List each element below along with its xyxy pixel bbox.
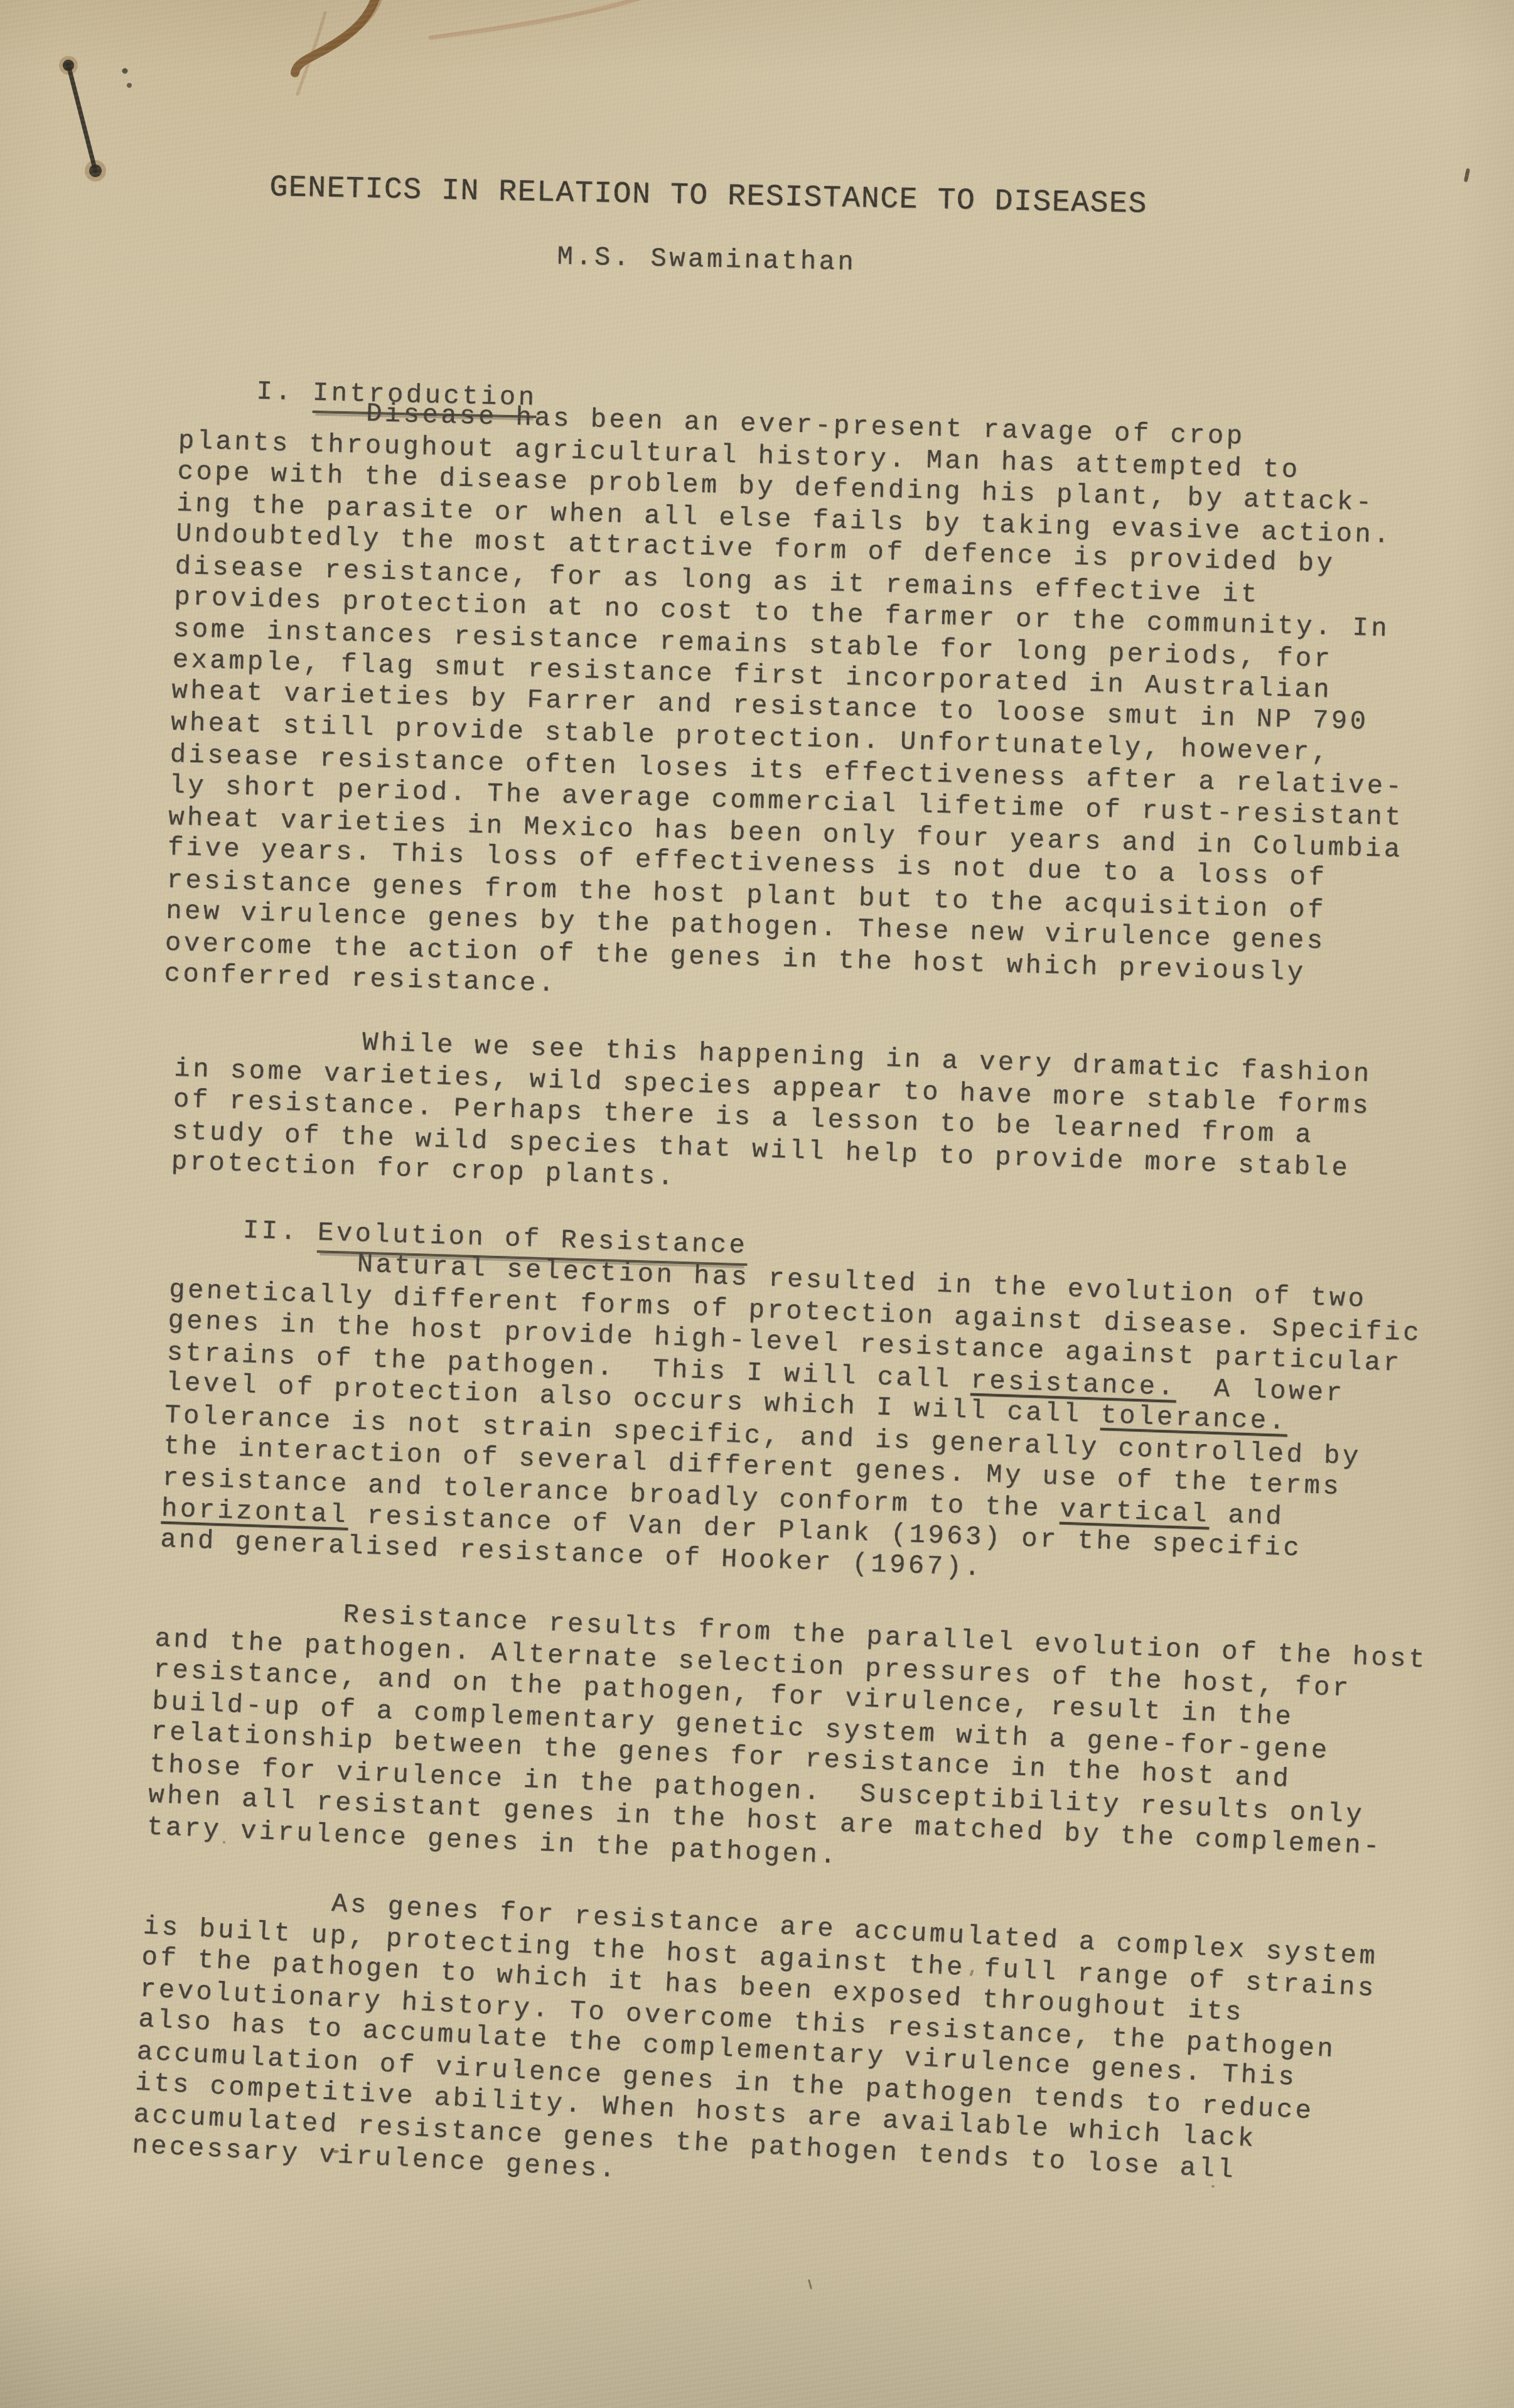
paragraph-introduction-1: Disease has been an ever-present ravage …: [164, 393, 1414, 1022]
ink-smudge-top: [251, 0, 728, 176]
scanned-typescript-page: GENETICS IN RELATION TO RESISTANCE TO DI…: [0, 0, 1514, 2408]
paragraph-introduction-2: While we see this happening in a very dr…: [171, 1021, 1372, 1216]
paper-speck: [808, 2279, 812, 2289]
staple-rust-mark: [55, 55, 149, 187]
paragraph-evolution-1: Natural selection has resulted in the ev…: [160, 1242, 1424, 1599]
edge-fleck: [1464, 168, 1470, 183]
paragraph-evolution-3: As genes for resistance are accumulated …: [131, 1879, 1378, 2223]
section-number: II.: [242, 1216, 318, 1248]
document-title: GENETICS IN RELATION TO RESISTANCE TO DI…: [269, 171, 1147, 222]
document-author: M.S. Swaminathan: [557, 242, 857, 278]
paragraph-evolution-2: Resistance results from the parallel evo…: [146, 1591, 1428, 1896]
